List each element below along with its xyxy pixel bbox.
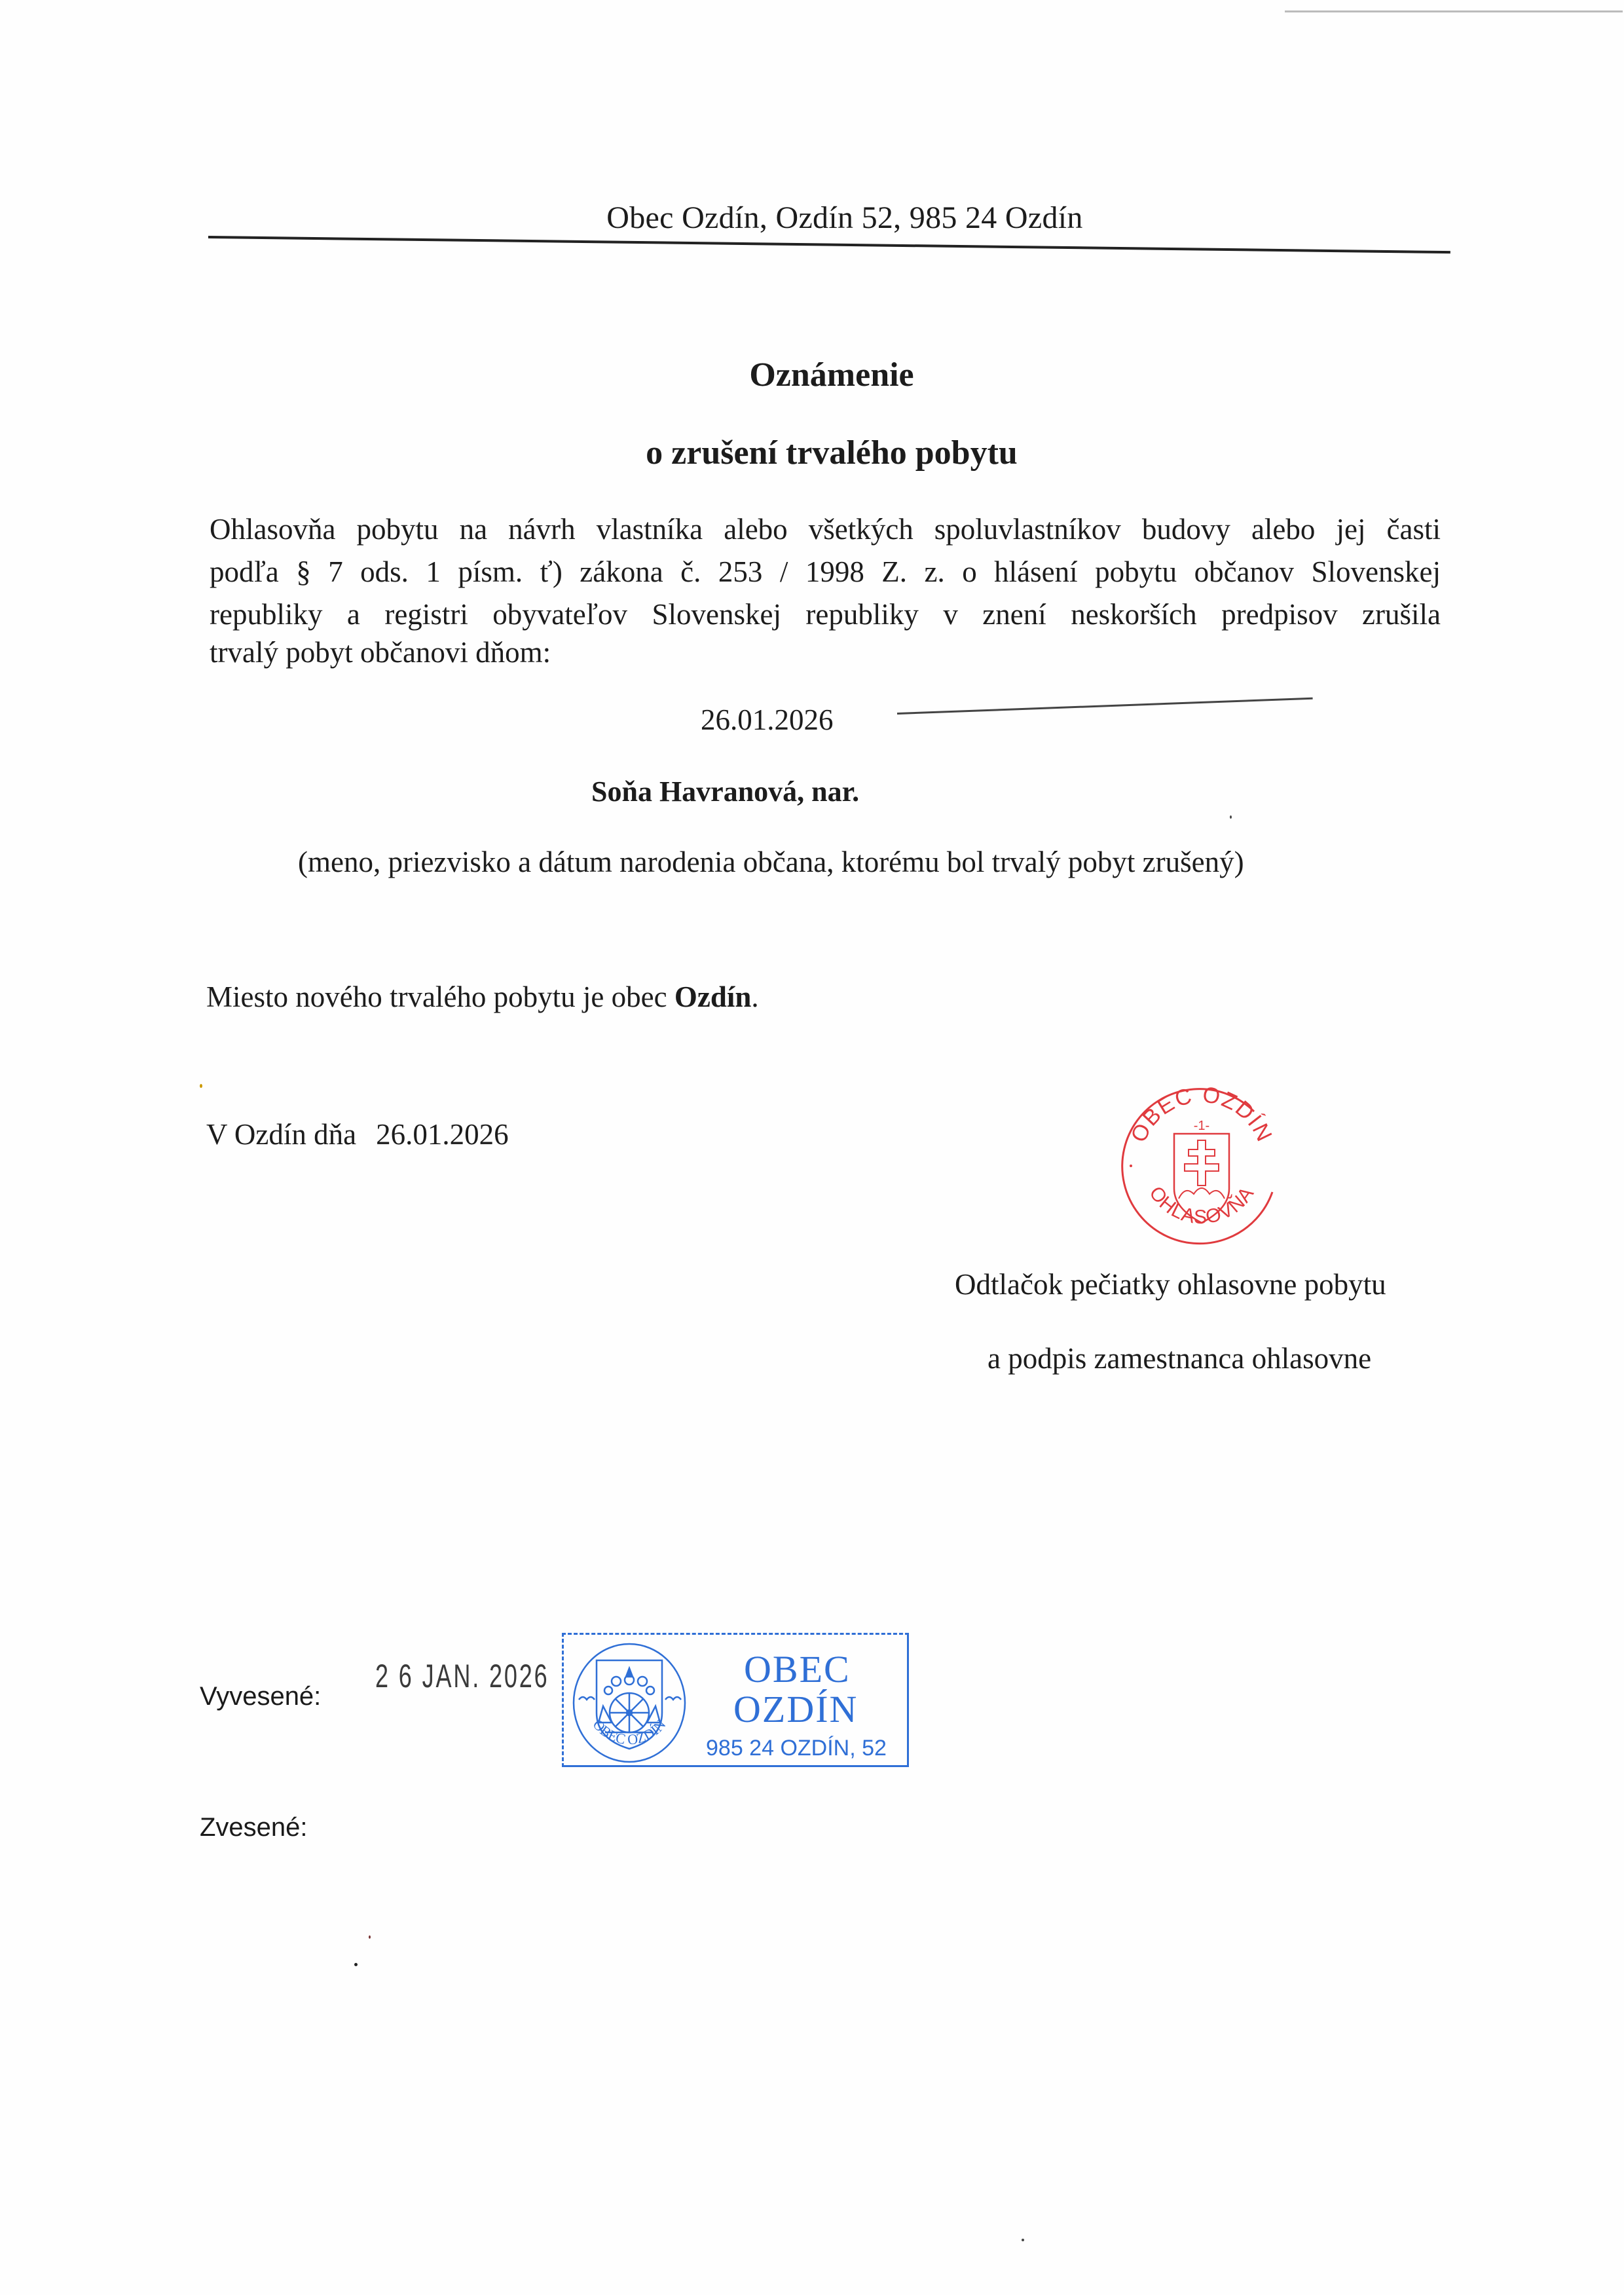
place-and-date: V Ozdín dňa26.01.2026 <box>206 1117 509 1151</box>
citizen-name: Soňa Havranová, nar. <box>591 775 859 808</box>
body-line-2: podľa § 7 ods. 1 písm. ť) zákona č. 253 … <box>210 555 1441 589</box>
posted-label: Vyvesené: <box>200 1682 321 1711</box>
stamp-caption-line1: Odtlačok pečiatky ohlasovne pobytu <box>955 1267 1386 1301</box>
blue-municipal-stamp: OBEC OZDÍN OBEC OZDÍN 985 24 OZDÍN, 52 <box>562 1633 915 1774</box>
document-title: Oznámenie <box>0 356 1624 394</box>
removed-label: Zvesené: <box>200 1813 308 1842</box>
effective-date: 26.01.2026 <box>701 703 834 737</box>
document-subtitle: o zrušení trvalého pobytu <box>0 434 1624 472</box>
scan-speck <box>1230 815 1232 819</box>
svg-text:OBEC OZDÍN: OBEC OZDÍN <box>1126 1082 1278 1146</box>
posted-date-stamp: 2 6 JAN. 2026 <box>375 1657 549 1695</box>
place-date-prefix: V Ozdín dňa <box>206 1118 356 1151</box>
new-residence-suffix: . <box>751 980 758 1013</box>
body-line-1: Ohlasovňa pobytu na návrh vlastníka aleb… <box>210 512 1441 546</box>
svg-text:-1-: -1- <box>1194 1119 1209 1133</box>
body-line-4: trvalý pobyt občanovi dňom: <box>210 635 551 669</box>
scan-artifact-line <box>1285 10 1623 12</box>
stamp-line-ozdin: OZDÍN <box>733 1687 858 1731</box>
scan-speck <box>354 1963 358 1966</box>
body-line-3: republiky a registri obyvateľov Slovensk… <box>210 597 1441 631</box>
stamp-caption-line2: a podpis zamestnanca ohlasovne <box>987 1341 1371 1375</box>
place-date-value: 26.01.2026 <box>376 1118 509 1151</box>
stamp-line-obec: OBEC <box>744 1647 851 1691</box>
stamp-address: 985 24 OZDÍN, 52 <box>706 1736 887 1761</box>
new-residence-statement: Miesto nového trvalého pobytu je obec Oz… <box>206 980 759 1014</box>
svg-text:OHLASOVŇA: OHLASOVŇA <box>1145 1182 1259 1228</box>
red-ohlasovna-seal: OBEC OZDÍN -1- OHLASOVŇA <box>1116 1077 1287 1248</box>
header-divider <box>208 236 1450 253</box>
document-page: Obec Ozdín, Ozdín 52, 985 24 Ozdín Oznám… <box>0 0 1624 2295</box>
scan-speck <box>1022 2239 1024 2241</box>
header-address: Obec Ozdín, Ozdín 52, 985 24 Ozdín <box>0 200 1624 236</box>
handwritten-stroke <box>897 698 1313 715</box>
coat-of-arms-seal-icon: OBEC OZDÍN <box>567 1641 692 1765</box>
new-residence-place: Ozdín <box>674 980 752 1013</box>
new-residence-prefix: Miesto nového trvalého pobytu je obec <box>206 980 674 1013</box>
scan-speck <box>369 1935 371 1939</box>
citizen-caption: (meno, priezvisko a dátum narodenia obča… <box>298 845 1244 879</box>
scan-speck <box>200 1084 202 1088</box>
